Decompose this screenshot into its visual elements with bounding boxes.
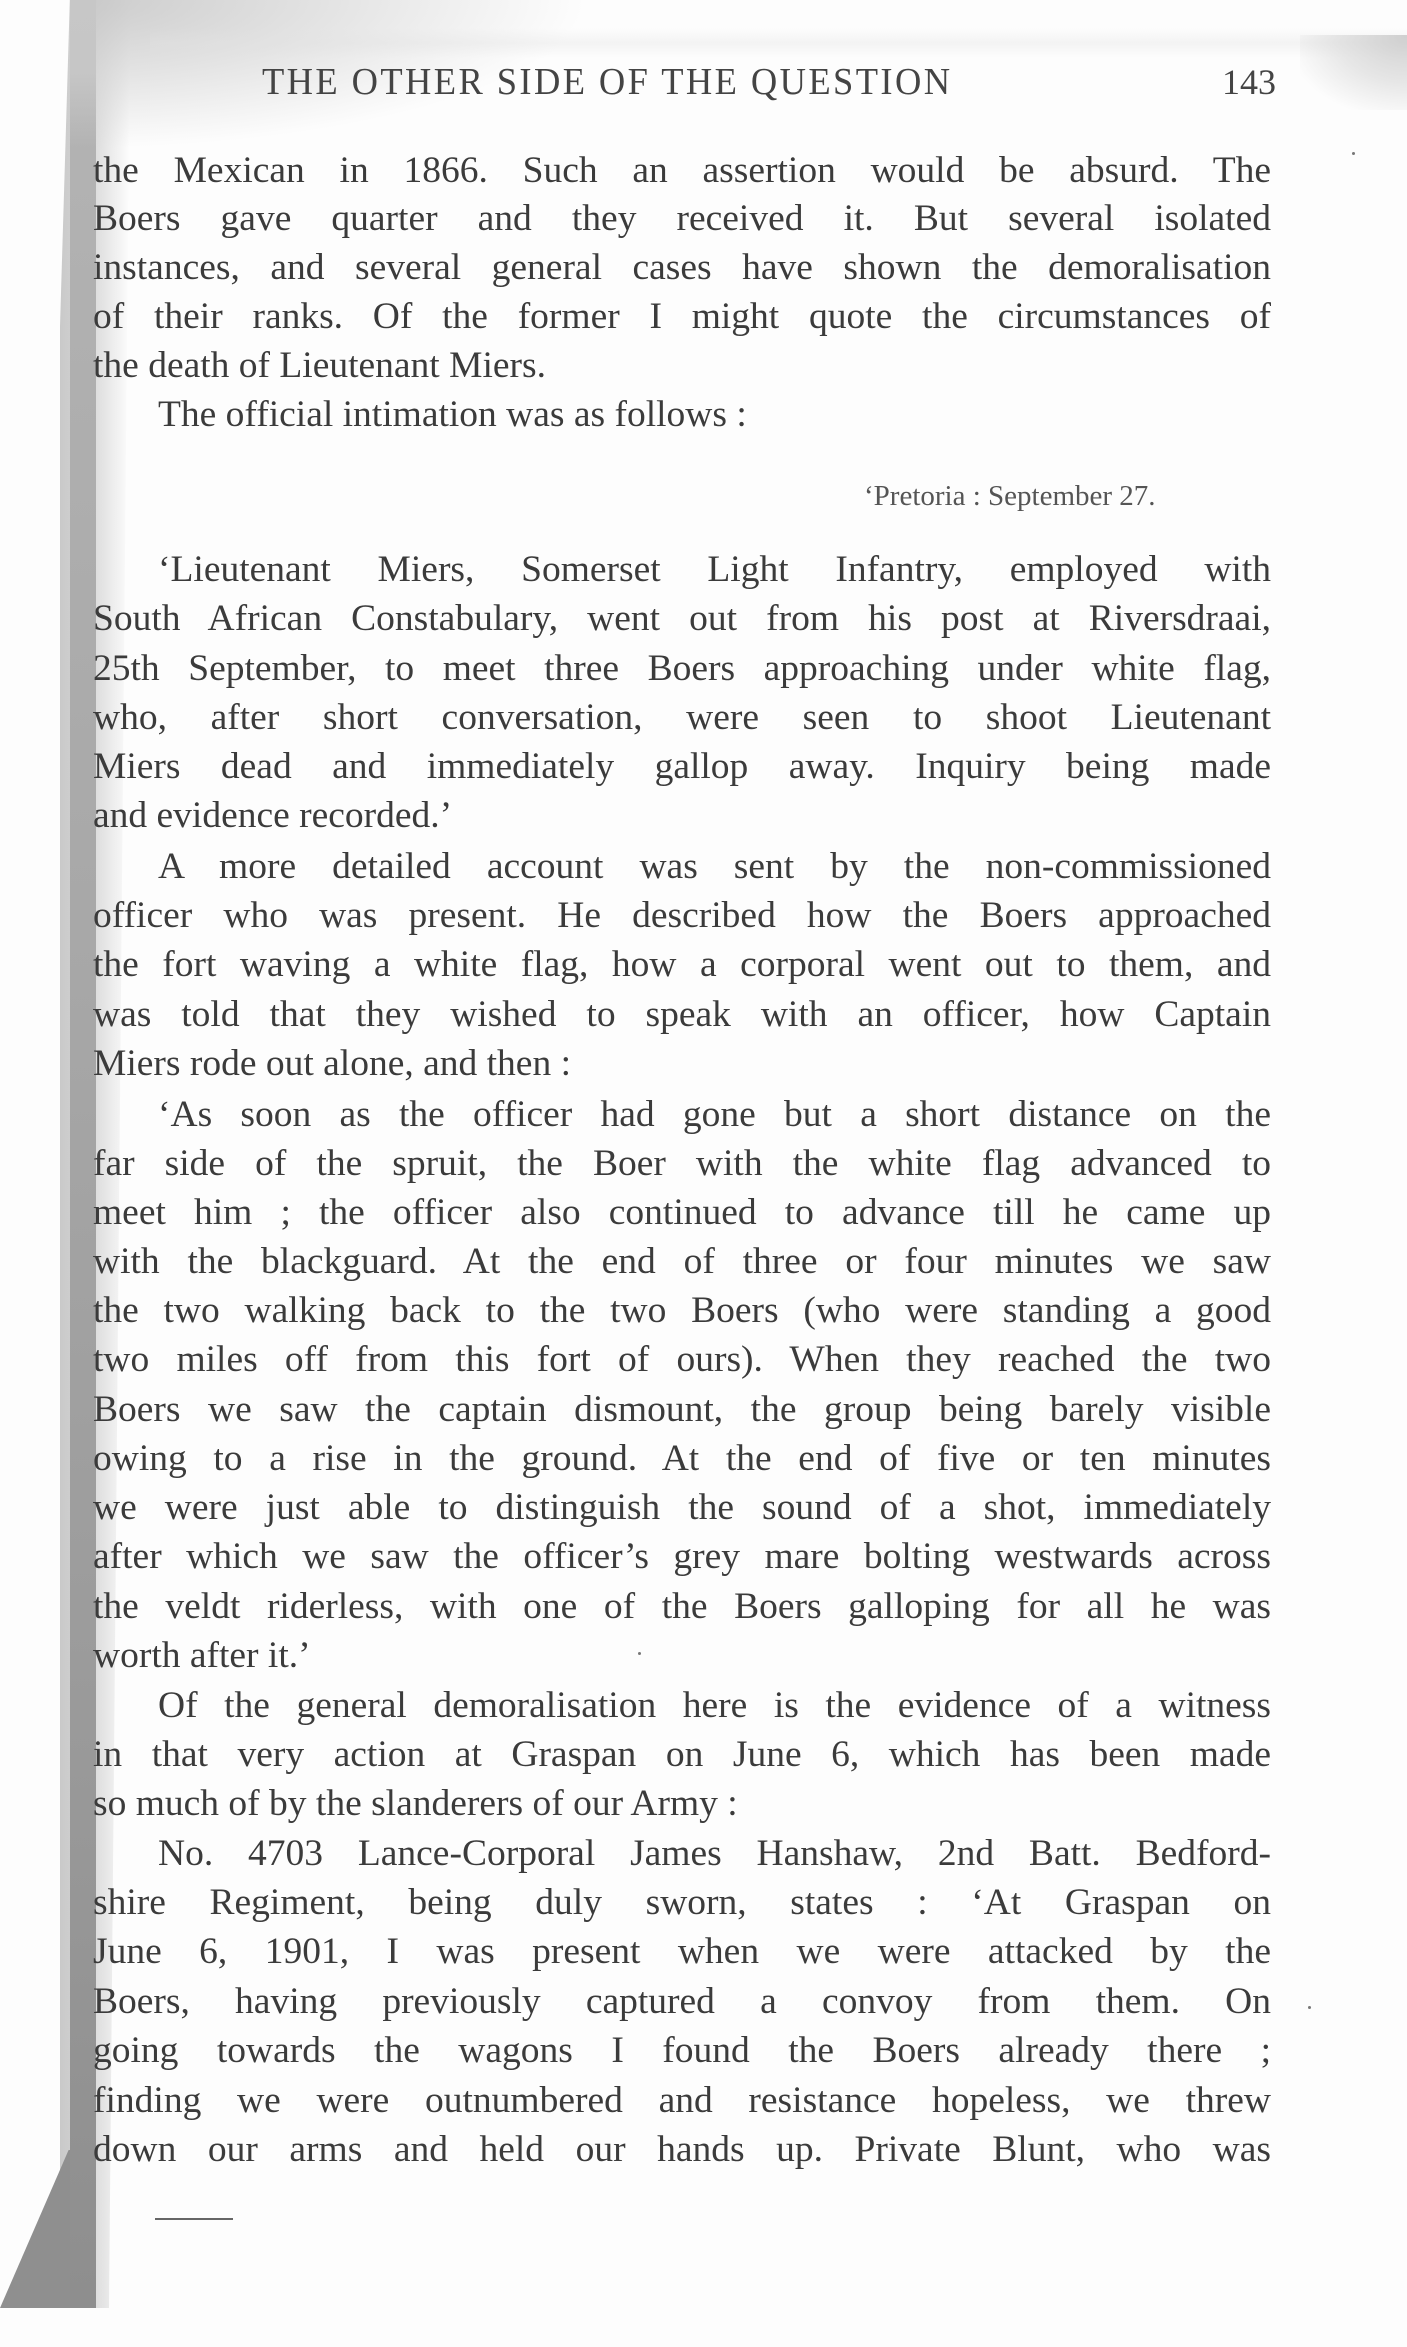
text-line: with the blackguard. At the end of three… [93,1237,1271,1286]
text-line: two miles off from this fort of ours). W… [93,1335,1271,1384]
page-edge-shadow-bottom [0,2150,70,2308]
text-line: shire Regiment, being duly sworn, states… [93,1878,1271,1927]
text-line: 25th September, to meet three Boers appr… [93,644,1271,693]
text-line: The official intimation was as follows : [158,390,1271,439]
footer-rule-mark [155,2218,233,2220]
scan-speck [1308,2006,1311,2009]
text-line: Miers rode out alone, and then : [93,1039,1271,1088]
text-line: the Mexican in 1866. Such an assertion w… [93,146,1271,195]
text-line: South African Constabulary, went out fro… [93,594,1271,643]
dateline: ‘Pretoria : September 27. [864,478,1156,514]
scan-smudge-top [150,28,1407,58]
running-head: THE OTHER SIDE OF THE QUESTION [262,58,1068,106]
text-line: was told that they wished to speak with … [93,990,1271,1039]
text-line: the two walking back to the two Boers (w… [93,1286,1271,1335]
text-line: June 6, 1901, I was present when we were… [93,1927,1271,1976]
text-line: meet him ; the officer also continued to… [93,1188,1271,1237]
scan-smudge-top-right [1300,35,1407,110]
text-line: the fort waving a white flag, how a corp… [93,940,1271,989]
text-line: Boers gave quarter and they received it.… [93,194,1271,243]
text-line: so much of by the slanderers of our Army… [93,1779,1271,1828]
text-line: after which we saw the officer’s grey ma… [93,1532,1271,1581]
text-line: owing to a rise in the ground. At the en… [93,1434,1271,1483]
text-line: No. 4703 Lance-Corporal James Hanshaw, 2… [158,1829,1271,1878]
text-line: A more detailed account was sent by the … [158,842,1271,891]
scan-speck [638,1652,641,1655]
text-line: Boers we saw the captain dismount, the g… [93,1385,1271,1434]
text-line: far side of the spruit, the Boer with th… [93,1139,1271,1188]
text-line: finding we were outnumbered and resistan… [93,2076,1271,2125]
text-line: the death of Lieutenant Miers. [93,341,1271,390]
text-line: going towards the wagons I found the Boe… [93,2026,1271,2075]
text-line: down our arms and held our hands up. Pri… [93,2125,1271,2174]
text-line: the veldt riderless, with one of the Boe… [93,1582,1271,1631]
text-line: officer who was present. He described ho… [93,891,1271,940]
text-line: ‘As soon as the officer had gone but a s… [158,1090,1271,1139]
scan-speck [1352,152,1355,155]
text-line: and evidence recorded.’ [93,791,1271,840]
text-line: in that very action at Graspan on June 6… [93,1730,1271,1779]
page-number: 143 [1222,58,1276,106]
text-line: instances, and several general cases hav… [93,243,1271,292]
text-line: of their ranks. Of the former I might qu… [93,292,1271,341]
text-line: Boers, having previously captured a conv… [93,1977,1271,2026]
text-line: we were just able to distinguish the sou… [93,1483,1271,1532]
text-line: ‘Lieutenant Miers, Somerset Light Infant… [158,545,1271,594]
text-line: Of the general demoralisation here is th… [158,1681,1271,1730]
text-line: Miers dead and immediately gallop away. … [93,742,1271,791]
text-line: worth after it.’ [93,1631,1271,1680]
text-line: who, after short conversation, were seen… [93,693,1271,742]
book-page: THE OTHER SIDE OF THE QUESTION 143 the M… [0,0,1407,2308]
